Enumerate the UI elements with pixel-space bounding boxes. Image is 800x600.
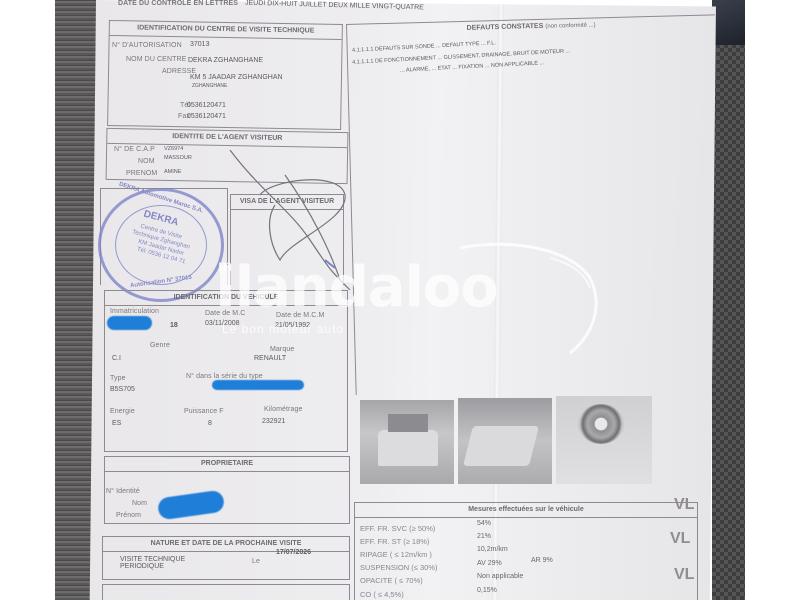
agent-nom-value: MASSOUR [164,155,192,161]
owner-nom-label: Nom [132,500,147,507]
watermark-tagline: Le bon moteur auto [222,322,344,336]
genre-label: Genre [150,342,170,349]
next-visit-title: NATURE ET DATE DE LA PROCHAINE VISITE [103,537,349,552]
measures-title: Mesures effectuées sur le véhicule [355,503,697,518]
immat-label: Immatriculation [110,308,159,315]
watermark-swoosh-icon [450,238,610,358]
vl-badge-2: VL [670,530,690,548]
measure-value-st: 21% [477,533,491,540]
authorisation-value: 37013 [190,41,209,48]
measure-value-suspension-av: AV 29% [477,560,502,567]
lower-section [102,584,350,600]
km-value: 232921 [262,418,285,425]
puissance-value: 8 [208,420,212,427]
fax-value: 0536120471 [187,113,226,120]
address-value-2: ZGHANGHANE [192,83,227,89]
vehicle-front-photo [360,400,454,484]
vl-badge-3: VL [674,566,694,584]
wheel-shape [578,404,624,444]
measure-label-st: EFF. FR. ST (≥ 18%) [360,537,429,546]
wheel-photo [556,396,652,484]
defects-subtitle: (non conformité ...) [545,22,595,29]
vl-badge-1: VL [674,496,694,514]
agent-prenom-value: AMINE [164,169,181,175]
tel-value: 0536120471 [187,102,226,109]
energie-label: Energie [110,408,135,415]
measure-label-opacite: OPACITE ( ≤ 70%) [360,576,423,585]
marque-value: RENAULT [254,355,286,362]
dekra-stamp: DEKRA Automotive Maroc S.A. DEKRA Centre… [98,188,224,302]
date-line-label: DATE DU CONTROLE EN LETTRES [118,0,238,7]
measure-label-suspension: SUSPENSION (≤ 30%) [360,563,437,572]
cap-label: N° DE C.A.P [114,146,155,153]
centre-title: IDENTIFICATION DU CENTRE DE VISITE TECHN… [110,21,342,40]
address-value: KM 5 JAADAR ZGHANGHAN [190,74,283,81]
next-visit-nature: VISITE TECHNIQUE PERIODIQUE [120,556,210,570]
type-label: Type [110,375,126,382]
centre-name-label: NOM DU CENTRE [126,56,186,63]
owner-prenom-label: Prénom [116,512,141,519]
immat-suffix: 18 [170,322,178,329]
defects-title-text: DEFAUTS CONSTATES [467,23,544,32]
car-shape [378,430,438,466]
cap-value: VZ6974 [164,146,183,152]
background-dark-corner [712,0,745,45]
measure-value-svc: 54% [477,520,491,527]
agent-nom-label: NOM [138,158,155,165]
measure-value-opacite: Non applicable [477,573,523,580]
marque-label: Marque [270,346,294,353]
car-shape [463,426,539,466]
measure-label-ripage: RIPAGE ( ≤ 12m/km ) [360,550,432,559]
next-visit-date-label: Le [252,558,260,565]
energie-value: ES [112,420,121,427]
measure-label-svc: EFF. FR. SVC (≥ 50%) [360,524,435,533]
puissance-label: Puissance F [184,408,224,415]
centre-name-value: DEKRA ZGHANGHANE [188,57,263,64]
measure-value-co: 0,15% [477,587,497,594]
redacted-serial [212,380,304,390]
vehicle-angle-photo [458,398,552,484]
type-value: B5S705 [110,386,135,393]
serie-label: N° dans la série du type [186,373,263,380]
genre-value: C.I [112,355,121,362]
agent-prenom-label: PRENOM [126,170,157,177]
next-visit-date-value: 17/07/2026 [276,549,311,556]
owner-title: PROPRIETAIRE [105,457,349,472]
measure-label-co: CO ( ≤ 4,5%) [360,590,404,599]
redacted-plate [107,316,152,330]
car-windshield [388,414,428,432]
measure-value-ripage: 10,2m/km [477,546,508,553]
measure-value-suspension-ar: AR 9% [531,557,553,564]
km-label: Kilométrage [264,406,302,413]
owner-id-label: N° Identité [106,488,140,495]
authorisation-label: N° D'AUTORISATION [112,42,182,49]
